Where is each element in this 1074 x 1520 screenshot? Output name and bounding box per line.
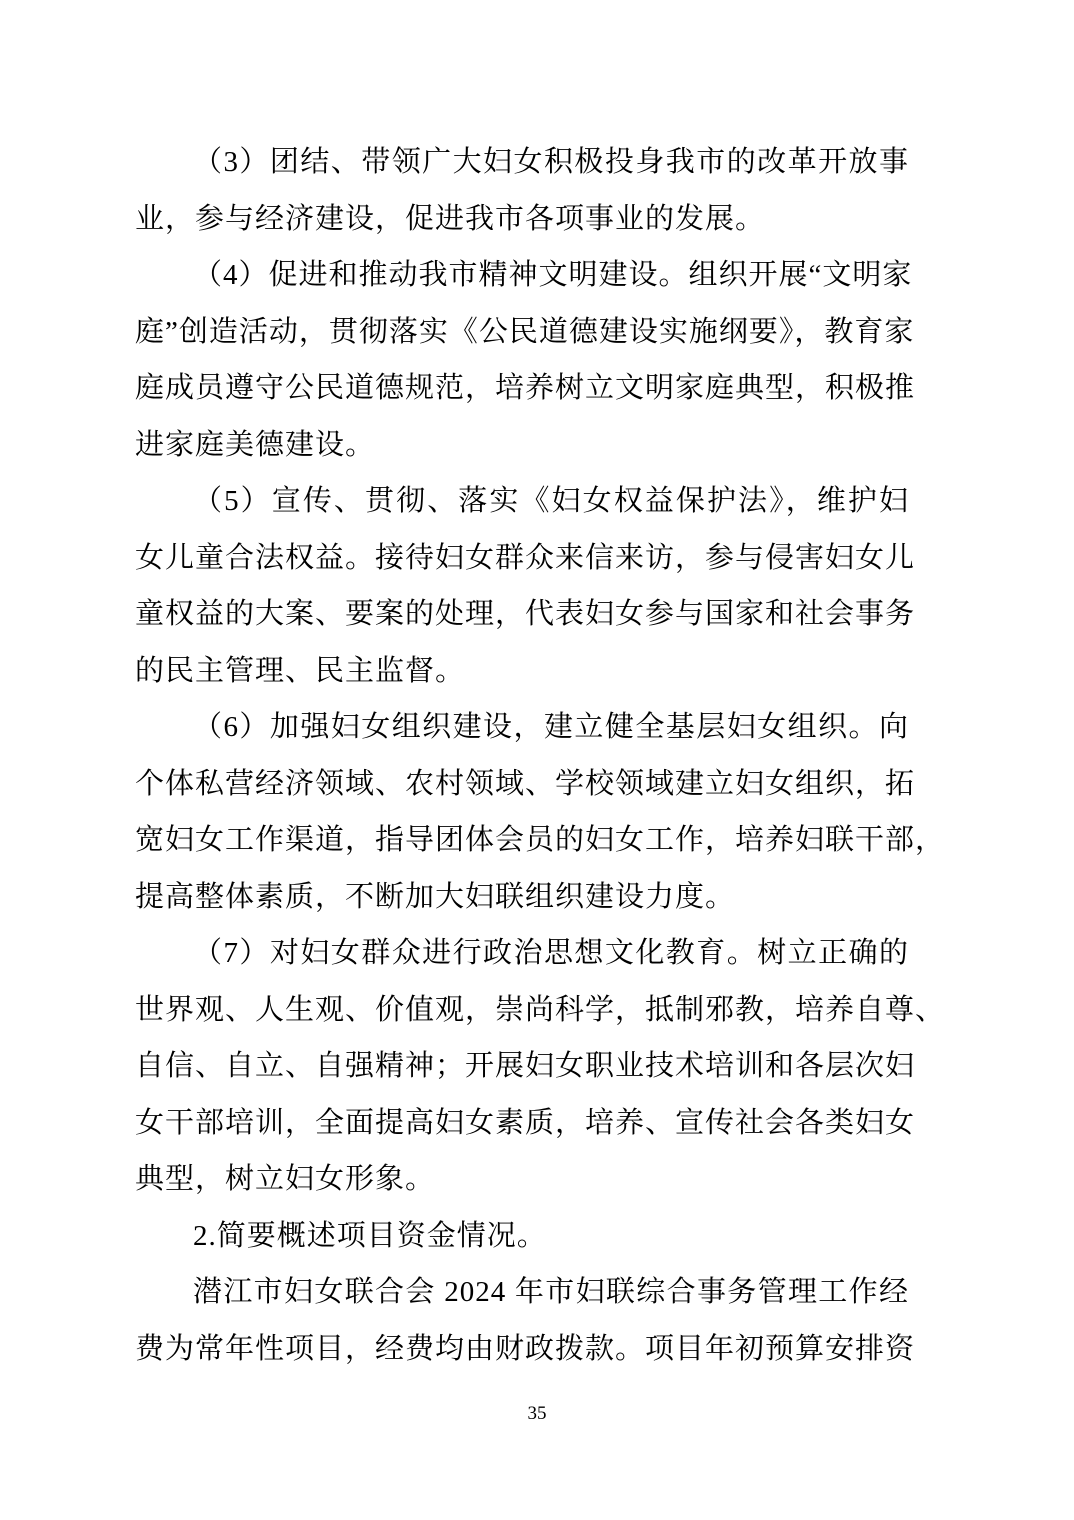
text-line: 自信、自立、自强精神；开展妇女职业技术培训和各层次妇 <box>135 1038 909 1095</box>
text-line: （3）团结、带领广大妇女积极投身我市的改革开放事 <box>135 134 909 191</box>
text-line: 女儿童合法权益。接待妇女群众来信来访，参与侵害妇女儿 <box>135 530 909 587</box>
text-line: （6）加强妇女组织建设，建立健全基层妇女组织。向 <box>135 699 909 756</box>
text-line: 宽妇女工作渠道，指导团体会员的妇女工作，培养妇联干部， <box>135 812 909 869</box>
document-body: （3）团结、带领广大妇女积极投身我市的改革开放事 业，参与经济建设，促进我市各项… <box>135 134 909 1377</box>
page-number: 35 <box>0 1403 1074 1425</box>
document-page: （3）团结、带领广大妇女积极投身我市的改革开放事 业，参与经济建设，促进我市各项… <box>0 0 1074 1520</box>
text-line: （7）对妇女群众进行政治思想文化教育。树立正确的 <box>135 925 909 982</box>
text-line: 典型，树立妇女形象。 <box>135 1151 909 1208</box>
text-line: 女干部培训，全面提高妇女素质，培养、宣传社会各类妇女 <box>135 1095 909 1152</box>
text-line: 庭成员遵守公民道德规范，培养树立文明家庭典型，积极推 <box>135 360 909 417</box>
text-line: 世界观、人生观、价值观，崇尚科学，抵制邪教，培养自尊、 <box>135 982 909 1039</box>
text-line: 提高整体素质，不断加大妇联组织建设力度。 <box>135 869 909 926</box>
text-line: 费为常年性项目，经费均由财政拨款。项目年初预算安排资 <box>135 1321 909 1378</box>
text-line: 潜江市妇女联合会 2024 年市妇联综合事务管理工作经 <box>135 1264 909 1321</box>
text-line: 业，参与经济建设，促进我市各项事业的发展。 <box>135 191 909 248</box>
text-line: （5）宣传、贯彻、落实《妇女权益保护法》，维护妇 <box>135 473 909 530</box>
text-line: （4）促进和推动我市精神文明建设。组织开展“文明家 <box>135 247 909 304</box>
text-line: 个体私营经济领域、农村领域、学校领域建立妇女组织，拓 <box>135 756 909 813</box>
text-line: 的民主管理、民主监督。 <box>135 643 909 700</box>
text-line: 童权益的大案、要案的处理，代表妇女参与国家和社会事务 <box>135 586 909 643</box>
text-line: 2.简要概述项目资金情况。 <box>135 1208 909 1265</box>
text-line: 进家庭美德建设。 <box>135 417 909 474</box>
text-line: 庭”创造活动，贯彻落实《公民道德建设实施纲要》，教育家 <box>135 304 909 361</box>
